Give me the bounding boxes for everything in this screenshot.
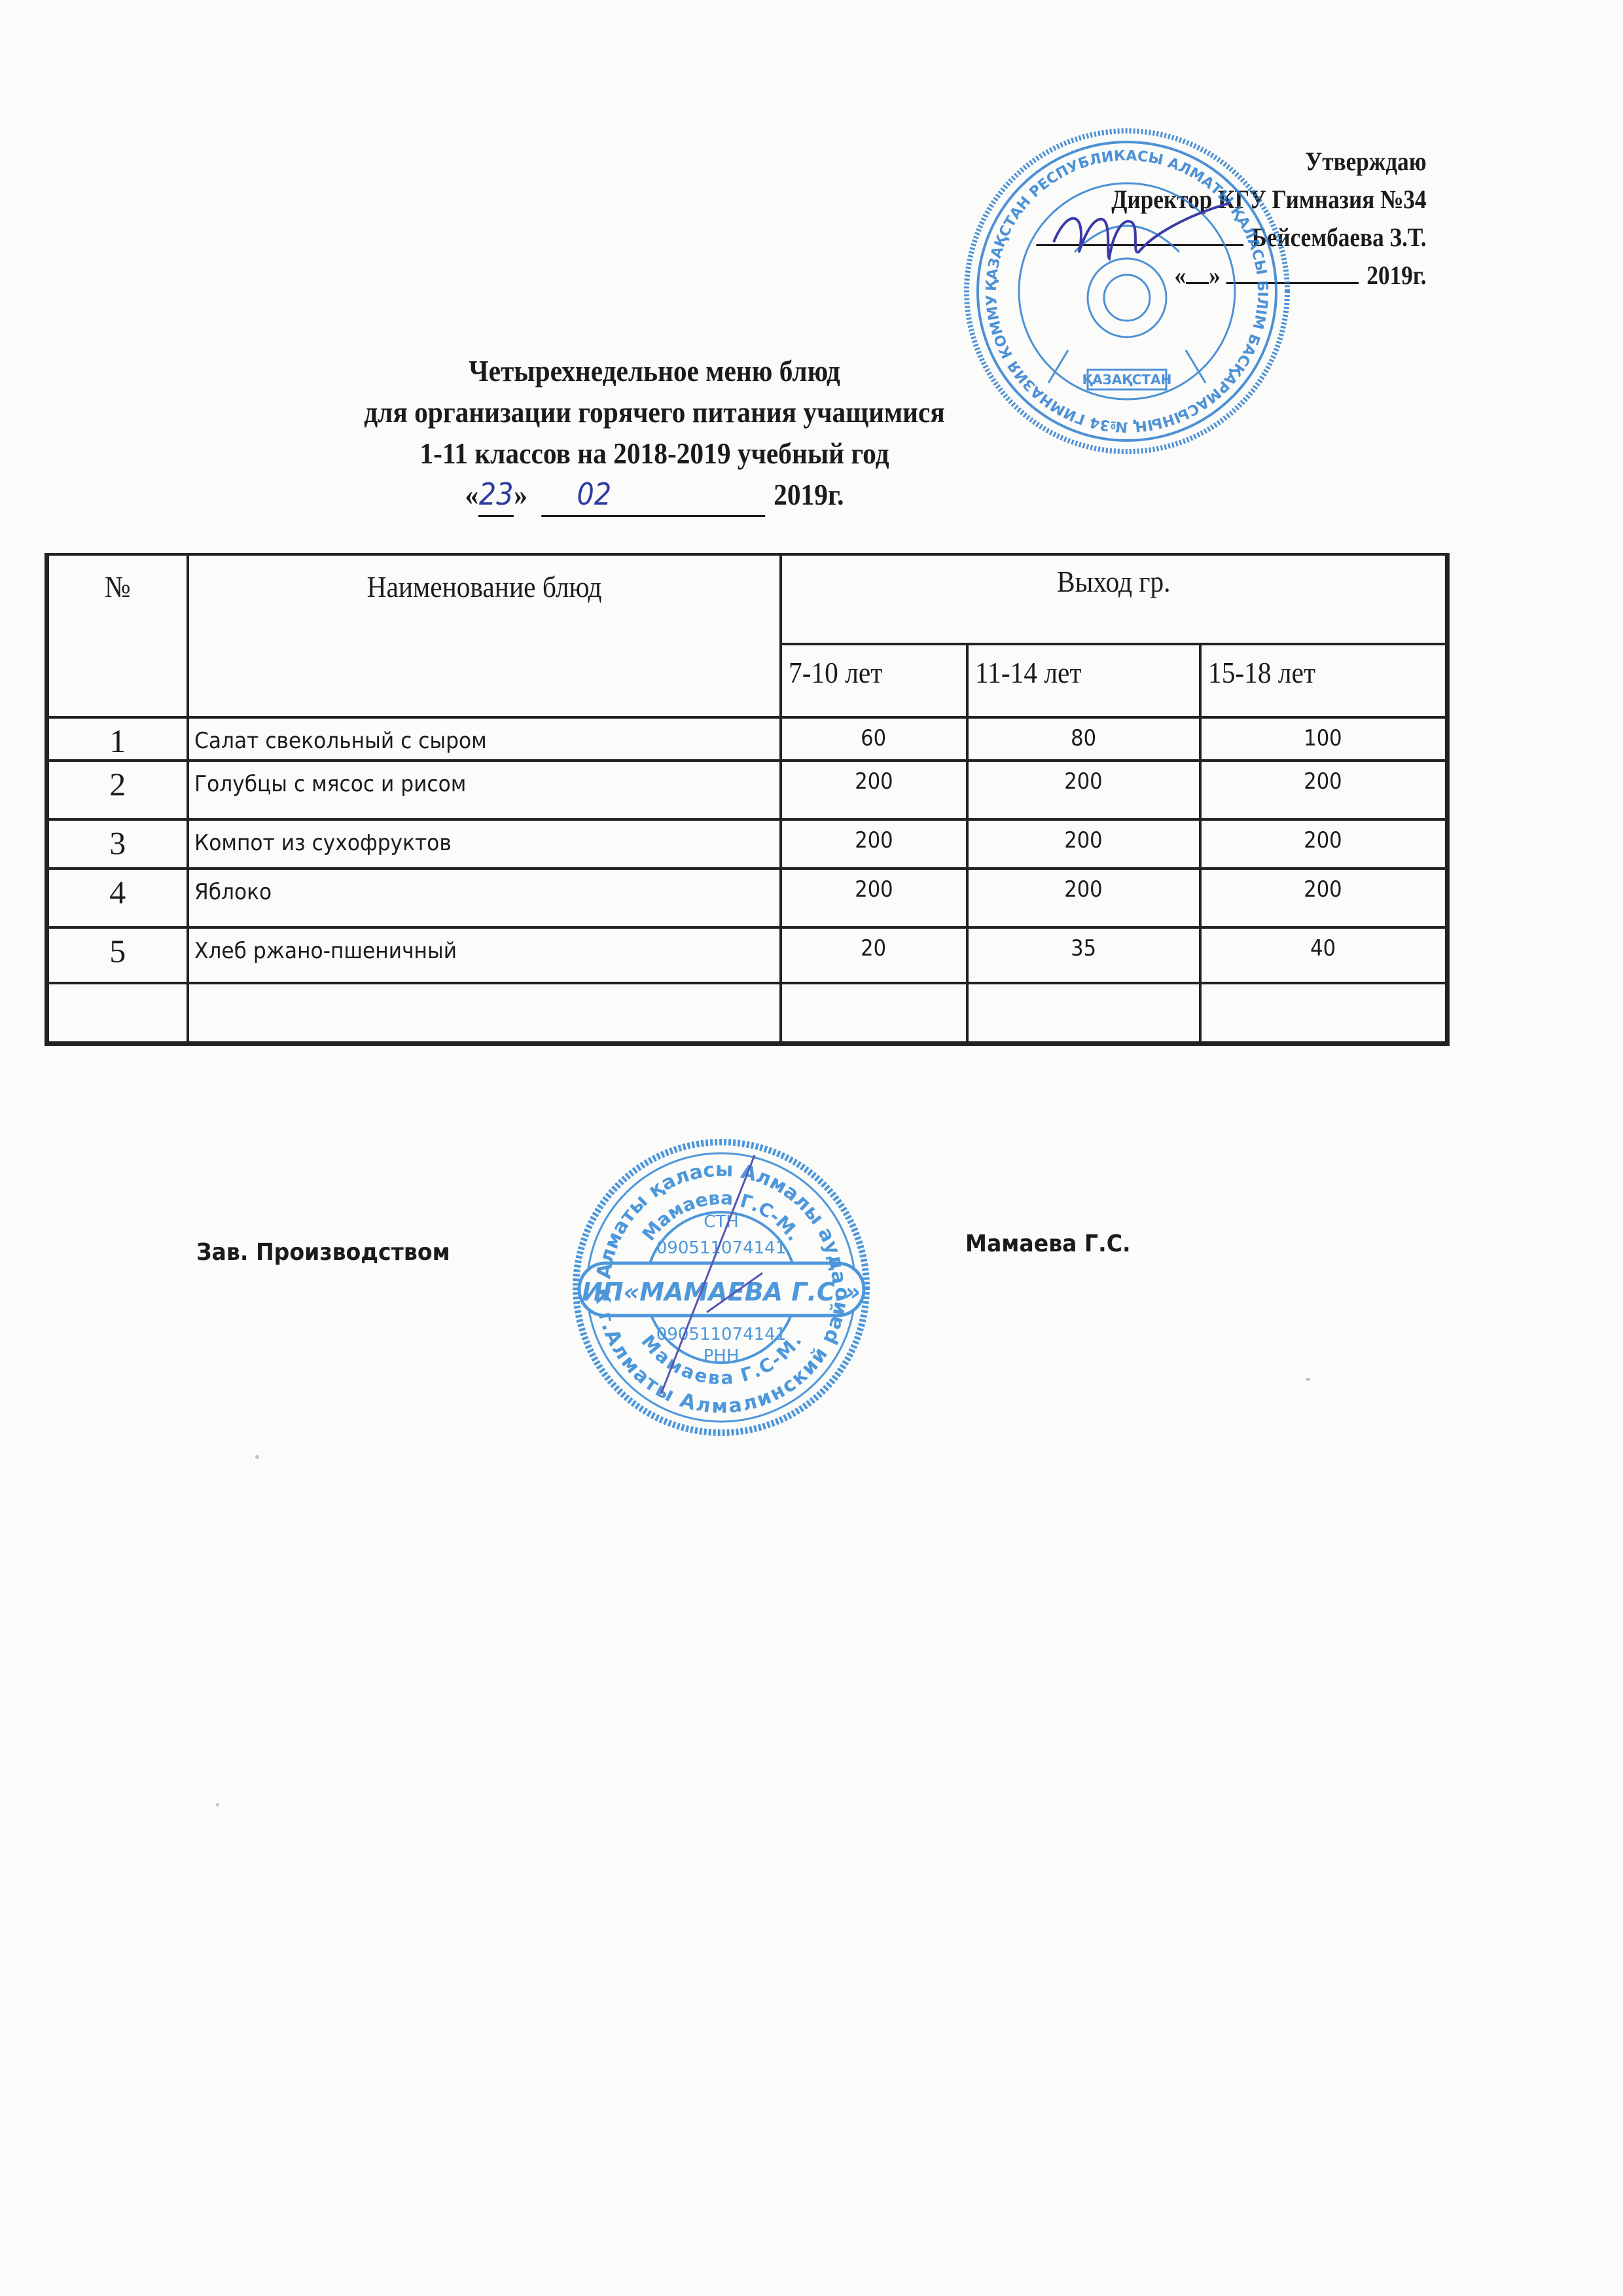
portion-value: 200 bbox=[781, 869, 967, 927]
table-row: 3Компот из сухофруктов200200200 bbox=[47, 819, 1448, 869]
portion-value: 80 bbox=[967, 717, 1200, 761]
date-month: 02 bbox=[542, 474, 766, 517]
portion-value: 100 bbox=[1200, 717, 1448, 761]
scan-speck bbox=[255, 1455, 259, 1459]
svg-text:РК г.Алматы Алмалинский район: РК г.Алматы Алмалинский район bbox=[569, 1136, 852, 1418]
header-age-7-10: 7-10 лет bbox=[781, 644, 967, 717]
portion-value: 200 bbox=[1200, 819, 1448, 869]
portion-value: 40 bbox=[1200, 927, 1448, 983]
table-row bbox=[47, 983, 1448, 1043]
approval-year: 2019г. bbox=[1367, 260, 1427, 290]
table-row: 2Голубцы с мясос и рисом200200200 bbox=[47, 761, 1448, 819]
portion-value: 60 bbox=[781, 717, 967, 761]
portion-value: 200 bbox=[1200, 869, 1448, 927]
footer-name: Мамаева Г.С. bbox=[965, 1230, 1131, 1257]
footer-role: Зав. Производством bbox=[196, 1239, 450, 1266]
approval-heading: Утверждаю bbox=[1037, 143, 1427, 181]
portion-value bbox=[967, 983, 1200, 1043]
portion-value: 35 bbox=[967, 927, 1200, 983]
approval-signatory: Бейсембаева З.Т. bbox=[1252, 223, 1427, 252]
quote-close: » bbox=[514, 478, 527, 511]
header-output: Выход гр. bbox=[781, 554, 1448, 644]
scan-speck bbox=[216, 1803, 219, 1806]
svg-text:СТН: СТН bbox=[704, 1212, 739, 1232]
svg-text:РНН: РНН bbox=[704, 1346, 740, 1366]
row-number: 5 bbox=[47, 927, 188, 983]
svg-text:090511074141: 090511074141 bbox=[656, 1238, 787, 1258]
portion-value: 200 bbox=[781, 761, 967, 819]
header-age-15-18: 15-18 лет bbox=[1200, 644, 1448, 717]
row-number: 4 bbox=[47, 869, 188, 927]
portion-value: 200 bbox=[967, 761, 1200, 819]
scan-speck bbox=[1306, 1378, 1310, 1381]
quote-open: « bbox=[465, 478, 479, 511]
dish-name: Голубцы с мясос и рисом bbox=[188, 761, 781, 819]
title-line-1: Четырехнедельное меню блюд bbox=[242, 350, 1067, 391]
director-signature bbox=[1041, 196, 1237, 275]
dish-name: Салат свекольный с сыром bbox=[188, 717, 781, 761]
table-row: 1Салат свекольный с сыром6080100 bbox=[47, 717, 1448, 761]
row-number: 1 bbox=[47, 717, 188, 761]
header-age-11-14: 11-14 лет bbox=[967, 644, 1200, 717]
month-blank bbox=[1226, 282, 1359, 284]
svg-text:090511074141: 090511074141 bbox=[656, 1325, 787, 1344]
portion-value: 200 bbox=[781, 819, 967, 869]
document-title: Четырехнедельное меню блюд для организац… bbox=[196, 350, 1113, 517]
date-day: 23 bbox=[478, 474, 514, 517]
date-year: 2019г. bbox=[774, 478, 844, 511]
row-number: 3 bbox=[47, 819, 188, 869]
header-dish-name: Наименование блюд bbox=[188, 554, 781, 717]
row-number bbox=[47, 983, 188, 1043]
portion-value: 200 bbox=[967, 819, 1200, 869]
menu-table: № Наименование блюд Выход гр. 7-10 лет 1… bbox=[45, 553, 1450, 1046]
title-line-2: для организации горячего питания учащими… bbox=[242, 391, 1067, 433]
svg-text:Мамаева Г.С-М.: Мамаева Г.С-М. bbox=[638, 1187, 805, 1245]
row-number: 2 bbox=[47, 761, 188, 819]
table-row: 4Яблоко200200200 bbox=[47, 869, 1448, 927]
dish-name: Яблоко bbox=[188, 869, 781, 927]
header-row: № Наименование блюд Выход гр. bbox=[47, 554, 1448, 644]
ip-mamaeva-stamp: ҚР Алматы қаласы Алмалы ауданы Мамаева Г… bbox=[569, 1136, 874, 1440]
title-line-3: 1-11 классов на 2018-2019 учебный год bbox=[242, 433, 1067, 474]
dish-name: Компот из сухофруктов bbox=[188, 819, 781, 869]
day-blank bbox=[1186, 282, 1209, 284]
dish-name: Хлеб ржано-пшеничный bbox=[188, 927, 781, 983]
svg-text:ҚР Алматы қаласы Алмалы ауданы: ҚР Алматы қаласы Алмалы ауданы bbox=[569, 1136, 850, 1287]
portion-value bbox=[1200, 983, 1448, 1043]
header-number: № bbox=[47, 554, 188, 717]
portion-value bbox=[781, 983, 967, 1043]
portion-value: 200 bbox=[1200, 761, 1448, 819]
svg-text:Мамаева Г.С-М.: Мамаева Г.С-М. bbox=[637, 1331, 806, 1389]
portion-value: 200 bbox=[967, 869, 1200, 927]
svg-text:ИП«МАМАЕВА Г.С.»: ИП«МАМАЕВА Г.С.» bbox=[582, 1278, 861, 1306]
dish-name bbox=[188, 983, 781, 1043]
title-date: «23»022019г. bbox=[242, 474, 1067, 517]
table-row: 5Хлеб ржано-пшеничный203540 bbox=[47, 927, 1448, 983]
portion-value: 20 bbox=[781, 927, 967, 983]
